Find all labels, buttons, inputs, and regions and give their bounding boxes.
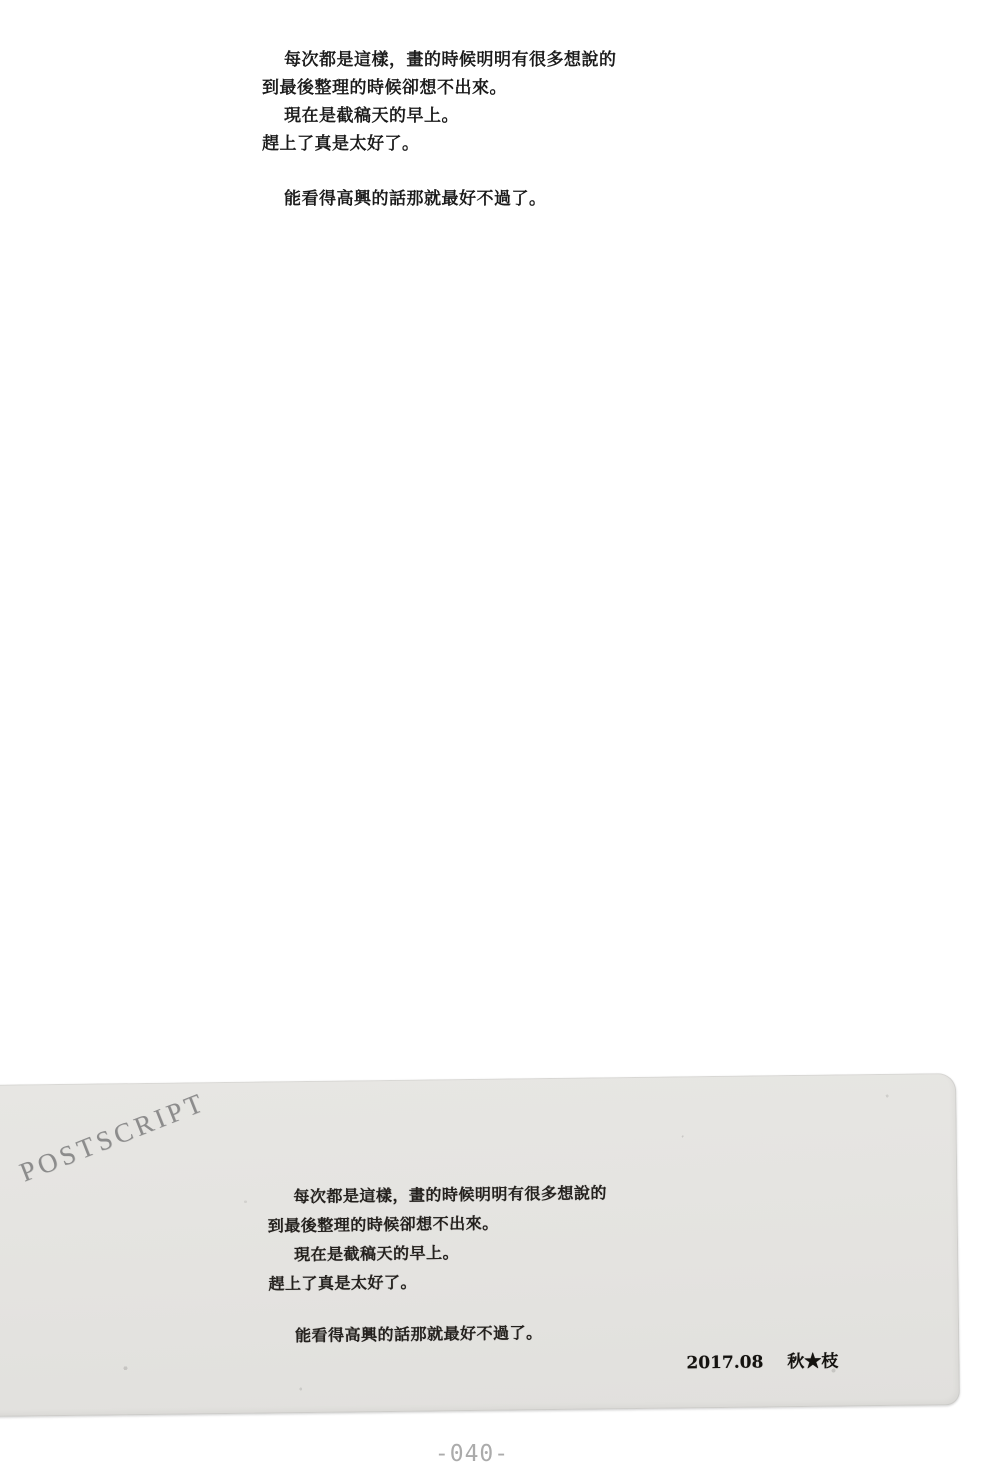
note-line: 現在是截稿天的早上。 (262, 102, 692, 130)
signature-date: 2017.08 (686, 1352, 763, 1373)
note-line: 趕上了真是太好了。 (262, 130, 692, 158)
postscript-note-line: 趕上了真是太好了。 (268, 1263, 828, 1299)
note-line: 到最後整理的時候卻想不出來。 (262, 74, 692, 102)
note-line: 每次都是這樣，畫的時候明明有很多想說的 (262, 46, 692, 74)
signature: 2017.08秋★枝 (686, 1347, 838, 1374)
page-number: -040- (435, 1441, 509, 1467)
postscript-stamp: POSTSCRIPT (15, 1087, 210, 1189)
translated-note: 每次都是這樣，畫的時候明明有很多想說的 到最後整理的時候卻想不出來。 現在是截稿… (262, 46, 692, 213)
signature-name: 秋★枝 (787, 1352, 838, 1373)
postscript-note: 每次都是這樣，畫的時候明明有很多想說的 到最後整理的時候卻想不出來。 現在是截稿… (267, 1176, 829, 1351)
postscript-note-closing-line: 能看得高興的話那就最好不過了。 (269, 1315, 829, 1351)
postscript-box: POSTSCRIPT 每次都是這樣，畫的時候明明有很多想說的 到最後整理的時候卻… (0, 1073, 960, 1417)
note-closing-line: 能看得高興的話那就最好不過了。 (262, 185, 692, 213)
